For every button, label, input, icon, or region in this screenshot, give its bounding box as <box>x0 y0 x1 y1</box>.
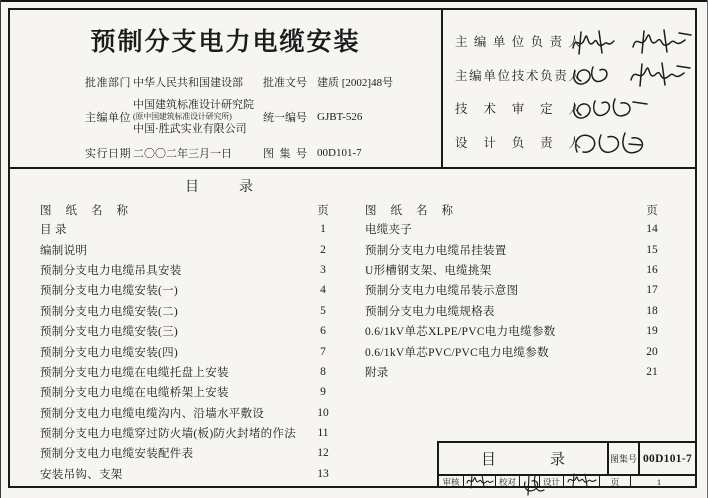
toc-title: 目录 <box>185 176 253 196</box>
chief-editor-label: 主编单位负责人 <box>455 32 581 50</box>
designer-signature <box>563 476 599 488</box>
toc-item-page: 7 <box>310 346 336 358</box>
toc-item-name: 预制分支电力电缆安装(二) <box>40 303 310 319</box>
signature-scribble <box>465 473 495 493</box>
scan-edge-left <box>0 0 1 498</box>
signer-row-review: 技术审定人 <box>455 93 691 123</box>
editor-unit-value: 中国建筑标准设计研究院 (原中国建筑标准设计研究所) 中国·胜武实业有限公司 <box>133 98 263 136</box>
toc-item-name: 安装吊钩、支架 <box>40 466 310 482</box>
signer-row-design: 设计负责人 <box>455 127 691 157</box>
toc-page-header: 页 <box>310 202 336 218</box>
toc-row: 预制分支电力电缆穿过防火墙(板)防火封堵的作法11 <box>40 423 336 443</box>
approval-dept-value: 中华人民共和国建设部 <box>133 74 263 90</box>
toc-name-header: 图纸名称 <box>365 202 639 218</box>
field-row-approval: 批准部门 中华人民共和国建设部 批准文号 建质 [2002]48号 <box>85 70 433 94</box>
toc-row: 预制分支电力电缆安装(三)6 <box>40 321 336 341</box>
toc-name-header: 图纸名称 <box>40 202 310 218</box>
table-of-contents: 目录 图纸名称 页 目 录1编制说明2预制分支电力电缆吊具安装3预制分支电力电缆… <box>10 169 695 486</box>
approval-doc-no-label: 批准文号 <box>263 74 317 90</box>
scanned-atlas-page: 预制分支电力电缆安装 批准部门 中华人民共和国建设部 批准文号 建质 [2002… <box>0 0 708 498</box>
toc-item-name: 预制分支电力电缆安装(一) <box>40 282 310 298</box>
toc-column-header: 图纸名称 页 <box>365 201 665 219</box>
toc-item-name: 预制分支电力电缆吊挂装置 <box>365 242 639 258</box>
toc-row: 预制分支电力电缆安装配件表12 <box>40 443 336 463</box>
signature-scribble <box>521 473 547 497</box>
toc-item-name: 预制分支电力电缆安装(四) <box>40 344 310 360</box>
scan-edge-top <box>0 0 708 2</box>
toc-item-name: 预制分支电力电缆安装配件表 <box>40 445 310 461</box>
toc-item-name: 编制说明 <box>40 242 310 258</box>
toc-item-page: 1 <box>310 223 336 235</box>
checker-signature <box>519 476 539 488</box>
cover-fields: 批准部门 中华人民共和国建设部 批准文号 建质 [2002]48号 主编单位 中… <box>85 70 433 166</box>
design-chief-label: 设计负责人 <box>455 133 581 151</box>
toc-item-name: 预制分支电力电缆安装(三) <box>40 323 310 339</box>
atlas-no-label-cell: 图集号 <box>607 443 638 474</box>
toc-item-name: 预制分支电力电缆吊装示意图 <box>365 282 639 298</box>
toc-row: 电缆夹子14 <box>365 219 665 239</box>
editor-unit-label: 主编单位 <box>85 109 133 125</box>
signature-scribble <box>567 61 699 91</box>
editor-unit-line1: 中国建筑标准设计研究院 <box>133 98 263 112</box>
toc-row: 预制分支电力电缆吊具安装3 <box>40 260 336 280</box>
atlas-no-value-cell: 00D101-7 <box>638 443 695 474</box>
toc-row: 0.6/1kV单芯XLPE/PVC电力电缆参数19 <box>365 321 665 341</box>
toc-row: 预制分支电力电缆吊挂装置15 <box>365 239 665 259</box>
atlas-no-label: 图集号 <box>263 145 317 161</box>
toc-item-name: U形槽钢支架、电缆挑架 <box>365 262 639 278</box>
page-label: 页 <box>599 476 630 488</box>
approval-doc-no-value: 建质 [2002]48号 <box>317 74 433 90</box>
toc-row: 预制分支电力电缆规格表18 <box>365 301 665 321</box>
toc-item-name: 预制分支电力电缆在电缆托盘上安装 <box>40 364 310 380</box>
title-block-row-bottom: 审核 校对 设计 页 <box>439 476 695 488</box>
tech-chief-label: 主编单位技术负责人 <box>455 66 581 84</box>
toc-item-name: 预制分支电力电缆电缆沟内、沿墙水平敷设 <box>40 405 310 421</box>
editor-unit-line2: (原中国建筑标准设计研究所) <box>133 112 263 122</box>
tech-review-label: 技术审定人 <box>455 99 581 117</box>
title-block-row-top: 目录 图集号 00D101-7 <box>439 443 695 476</box>
checker-label: 校对 <box>495 476 519 488</box>
toc-row: 预制分支电力电缆吊装示意图17 <box>365 280 665 300</box>
drawing-frame: 预制分支电力电缆安装 批准部门 中华人民共和国建设部 批准文号 建质 [2002… <box>8 8 697 488</box>
toc-item-page: 6 <box>310 325 336 337</box>
toc-row: 预制分支电力电缆电缆沟内、沿墙水平敷设10 <box>40 403 336 423</box>
toc-item-name: 0.6/1kV单芯PVC/PVC电力电缆参数 <box>365 344 639 360</box>
toc-item-page: 14 <box>639 223 665 235</box>
toc-row: 预制分支电力电缆安装(二)5 <box>40 301 336 321</box>
toc-item-page: 18 <box>639 305 665 317</box>
field-row-date: 实行日期 二〇〇二年三月一日 图集号 00D101-7 <box>85 140 433 166</box>
signer-row-chief: 主编单位负责人 <box>455 26 691 56</box>
toc-row: U形槽钢支架、电缆挑架16 <box>365 260 665 280</box>
toc-row: 预制分支电力电缆在电缆桥架上安装9 <box>40 382 336 402</box>
unified-no-value: GJBT-526 <box>317 111 433 123</box>
toc-row: 0.6/1kV单芯PVC/PVC电力电缆参数20 <box>365 341 665 361</box>
signature-scribble <box>565 473 599 493</box>
toc-item-page: 12 <box>310 447 336 459</box>
toc-row: 预制分支电力电缆安装(一)4 <box>40 280 336 300</box>
signature-panel: 主编单位负责人 主编单位技术负责人 <box>443 10 695 167</box>
toc-item-page: 20 <box>639 346 665 358</box>
toc-list-right: 电缆夹子14预制分支电力电缆吊挂装置15U形槽钢支架、电缆挑架16预制分支电力电… <box>365 219 665 382</box>
cover-info-panel: 预制分支电力电缆安装 批准部门 中华人民共和国建设部 批准文号 建质 [2002… <box>10 10 443 167</box>
toc-page-header: 页 <box>639 202 665 218</box>
signature-scribble <box>567 94 657 124</box>
signer-row-tech: 主编单位技术负责人 <box>455 60 691 90</box>
toc-item-page: 5 <box>310 305 336 317</box>
toc-column-header: 图纸名称 页 <box>40 201 336 219</box>
toc-item-page: 17 <box>639 284 665 296</box>
toc-item-page: 4 <box>310 284 336 296</box>
toc-item-page: 13 <box>310 468 336 480</box>
editor-unit-line3: 中国·胜武实业有限公司 <box>133 122 263 136</box>
atlas-title: 预制分支电力电缆安装 <box>10 22 441 58</box>
page-number: 1 <box>630 476 687 488</box>
signature-scribble <box>567 128 657 162</box>
toc-list-left: 目 录1编制说明2预制分支电力电缆吊具安装3预制分支电力电缆安装(一)4预制分支… <box>40 219 336 484</box>
toc-item-page: 21 <box>639 366 665 378</box>
reviewer-label: 审核 <box>439 476 463 488</box>
toc-row: 目 录1 <box>40 219 336 239</box>
toc-item-page: 3 <box>310 264 336 276</box>
field-row-editor: 主编单位 中国建筑标准设计研究院 (原中国建筑标准设计研究所) 中国·胜武实业有… <box>85 94 433 140</box>
toc-item-name: 0.6/1kV单芯XLPE/PVC电力电缆参数 <box>365 323 639 339</box>
toc-item-name: 附录 <box>365 364 639 380</box>
toc-item-page: 16 <box>639 264 665 276</box>
toc-item-page: 8 <box>310 366 336 378</box>
unified-no-label: 统一编号 <box>263 109 317 125</box>
approval-dept-label: 批准部门 <box>85 74 133 90</box>
toc-item-name: 电缆夹子 <box>365 221 639 237</box>
toc-column-left: 图纸名称 页 目 录1编制说明2预制分支电力电缆吊具安装3预制分支电力电缆安装(… <box>40 201 336 484</box>
toc-row: 附录21 <box>365 362 665 382</box>
toc-item-page: 11 <box>310 427 336 439</box>
toc-item-name: 预制分支电力电缆吊具安装 <box>40 262 310 278</box>
signature-scribble <box>567 27 699 57</box>
sheet-name-cell: 目录 <box>439 443 607 474</box>
atlas-no-value: 00D101-7 <box>317 147 433 159</box>
reviewer-signature <box>463 476 495 488</box>
toc-item-name: 预制分支电力电缆规格表 <box>365 303 639 319</box>
toc-row: 安装吊钩、支架13 <box>40 464 336 484</box>
toc-item-name: 预制分支电力电缆在电缆桥架上安装 <box>40 384 310 400</box>
toc-item-page: 10 <box>310 407 336 419</box>
toc-row: 编制说明2 <box>40 239 336 259</box>
cover-header: 预制分支电力电缆安装 批准部门 中华人民共和国建设部 批准文号 建质 [2002… <box>10 10 695 169</box>
toc-item-name: 预制分支电力电缆穿过防火墙(板)防火封堵的作法 <box>40 425 310 441</box>
toc-item-name: 目 录 <box>40 221 310 237</box>
toc-row: 预制分支电力电缆在电缆托盘上安装8 <box>40 362 336 382</box>
toc-item-page: 9 <box>310 386 336 398</box>
effective-date-value: 二〇〇二年三月一日 <box>133 145 263 161</box>
toc-item-page: 2 <box>310 244 336 256</box>
toc-row: 预制分支电力电缆安装(四)7 <box>40 341 336 361</box>
effective-date-label: 实行日期 <box>85 145 133 161</box>
toc-item-page: 15 <box>639 244 665 256</box>
sheet-title-block: 目录 图集号 00D101-7 审核 校对 设计 <box>437 441 695 486</box>
toc-item-page: 19 <box>639 325 665 337</box>
